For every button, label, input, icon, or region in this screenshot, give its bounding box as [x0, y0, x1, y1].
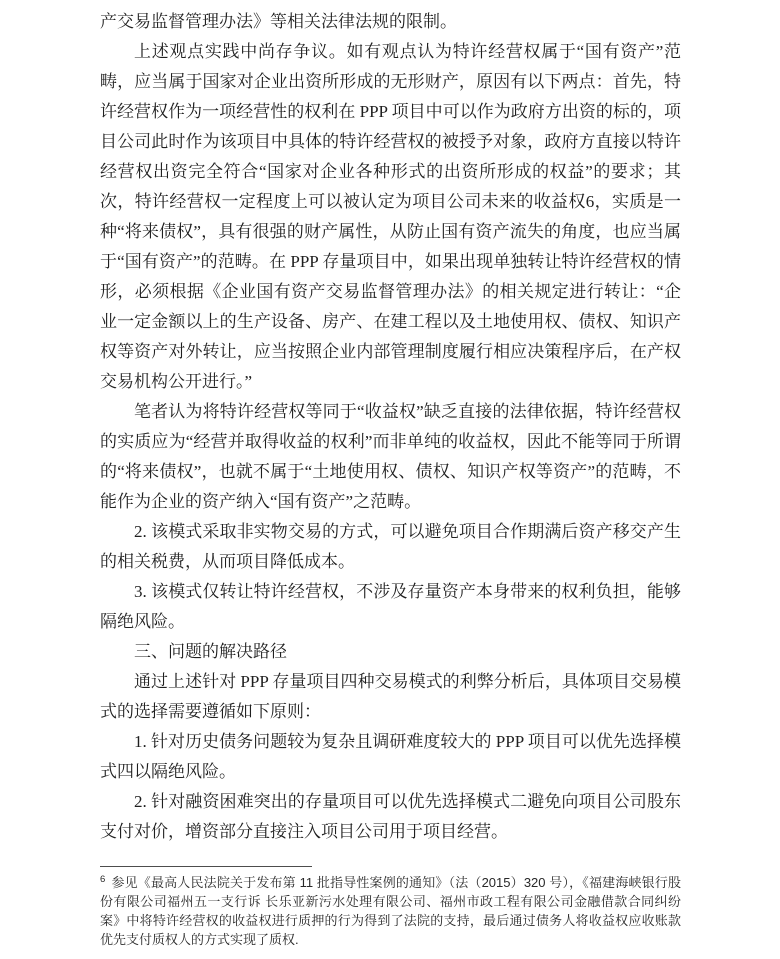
footnote-text: 参见《最高人民法院关于发布第 11 批指导性案例的通知》（法（2015）320 …	[100, 875, 681, 947]
document-body: 产交易监督管理办法》等相关法律法规的限制。 上述观点实践中尚存争议。如有观点认为…	[100, 7, 681, 847]
document-page: 产交易监督管理办法》等相关法律法规的限制。 上述观点实践中尚存争议。如有观点认为…	[0, 0, 780, 959]
body-paragraph: 2. 该模式采取非实物交易的方式，可以避免项目合作期满后资产移交产生的相关税费，…	[100, 517, 681, 577]
body-paragraph: 上述观点实践中尚存争议。如有观点认为特许经营权属于“国有资产”范畴，应当属于国家…	[100, 37, 681, 397]
footnote-separator	[100, 866, 312, 867]
body-paragraph: 笔者认为将特许经营权等同于“收益权”缺乏直接的法律依据，特许经营权的实质应为“经…	[100, 397, 681, 517]
body-paragraph: 2. 针对融资困难突出的存量项目可以优先选择模式二避免向项目公司股东支付对价，增…	[100, 787, 681, 847]
section-heading: 三、问题的解决路径	[100, 637, 681, 667]
footnote-marker: 6	[100, 874, 105, 885]
paragraph-continuation: 产交易监督管理办法》等相关法律法规的限制。	[100, 7, 681, 37]
footnote: 6参见《最高人民法院关于发布第 11 批指导性案例的通知》（法（2015）320…	[100, 873, 681, 949]
body-paragraph: 通过上述针对 PPP 存量项目四种交易模式的利弊分析后，具体项目交易模式的选择需…	[100, 667, 681, 727]
body-paragraph: 1. 针对历史债务问题较为复杂且调研难度较大的 PPP 项目可以优先选择模式四以…	[100, 727, 681, 787]
body-paragraph: 3. 该模式仅转让特许经营权，不涉及存量资产本身带来的权利负担，能够隔绝风险。	[100, 577, 681, 637]
